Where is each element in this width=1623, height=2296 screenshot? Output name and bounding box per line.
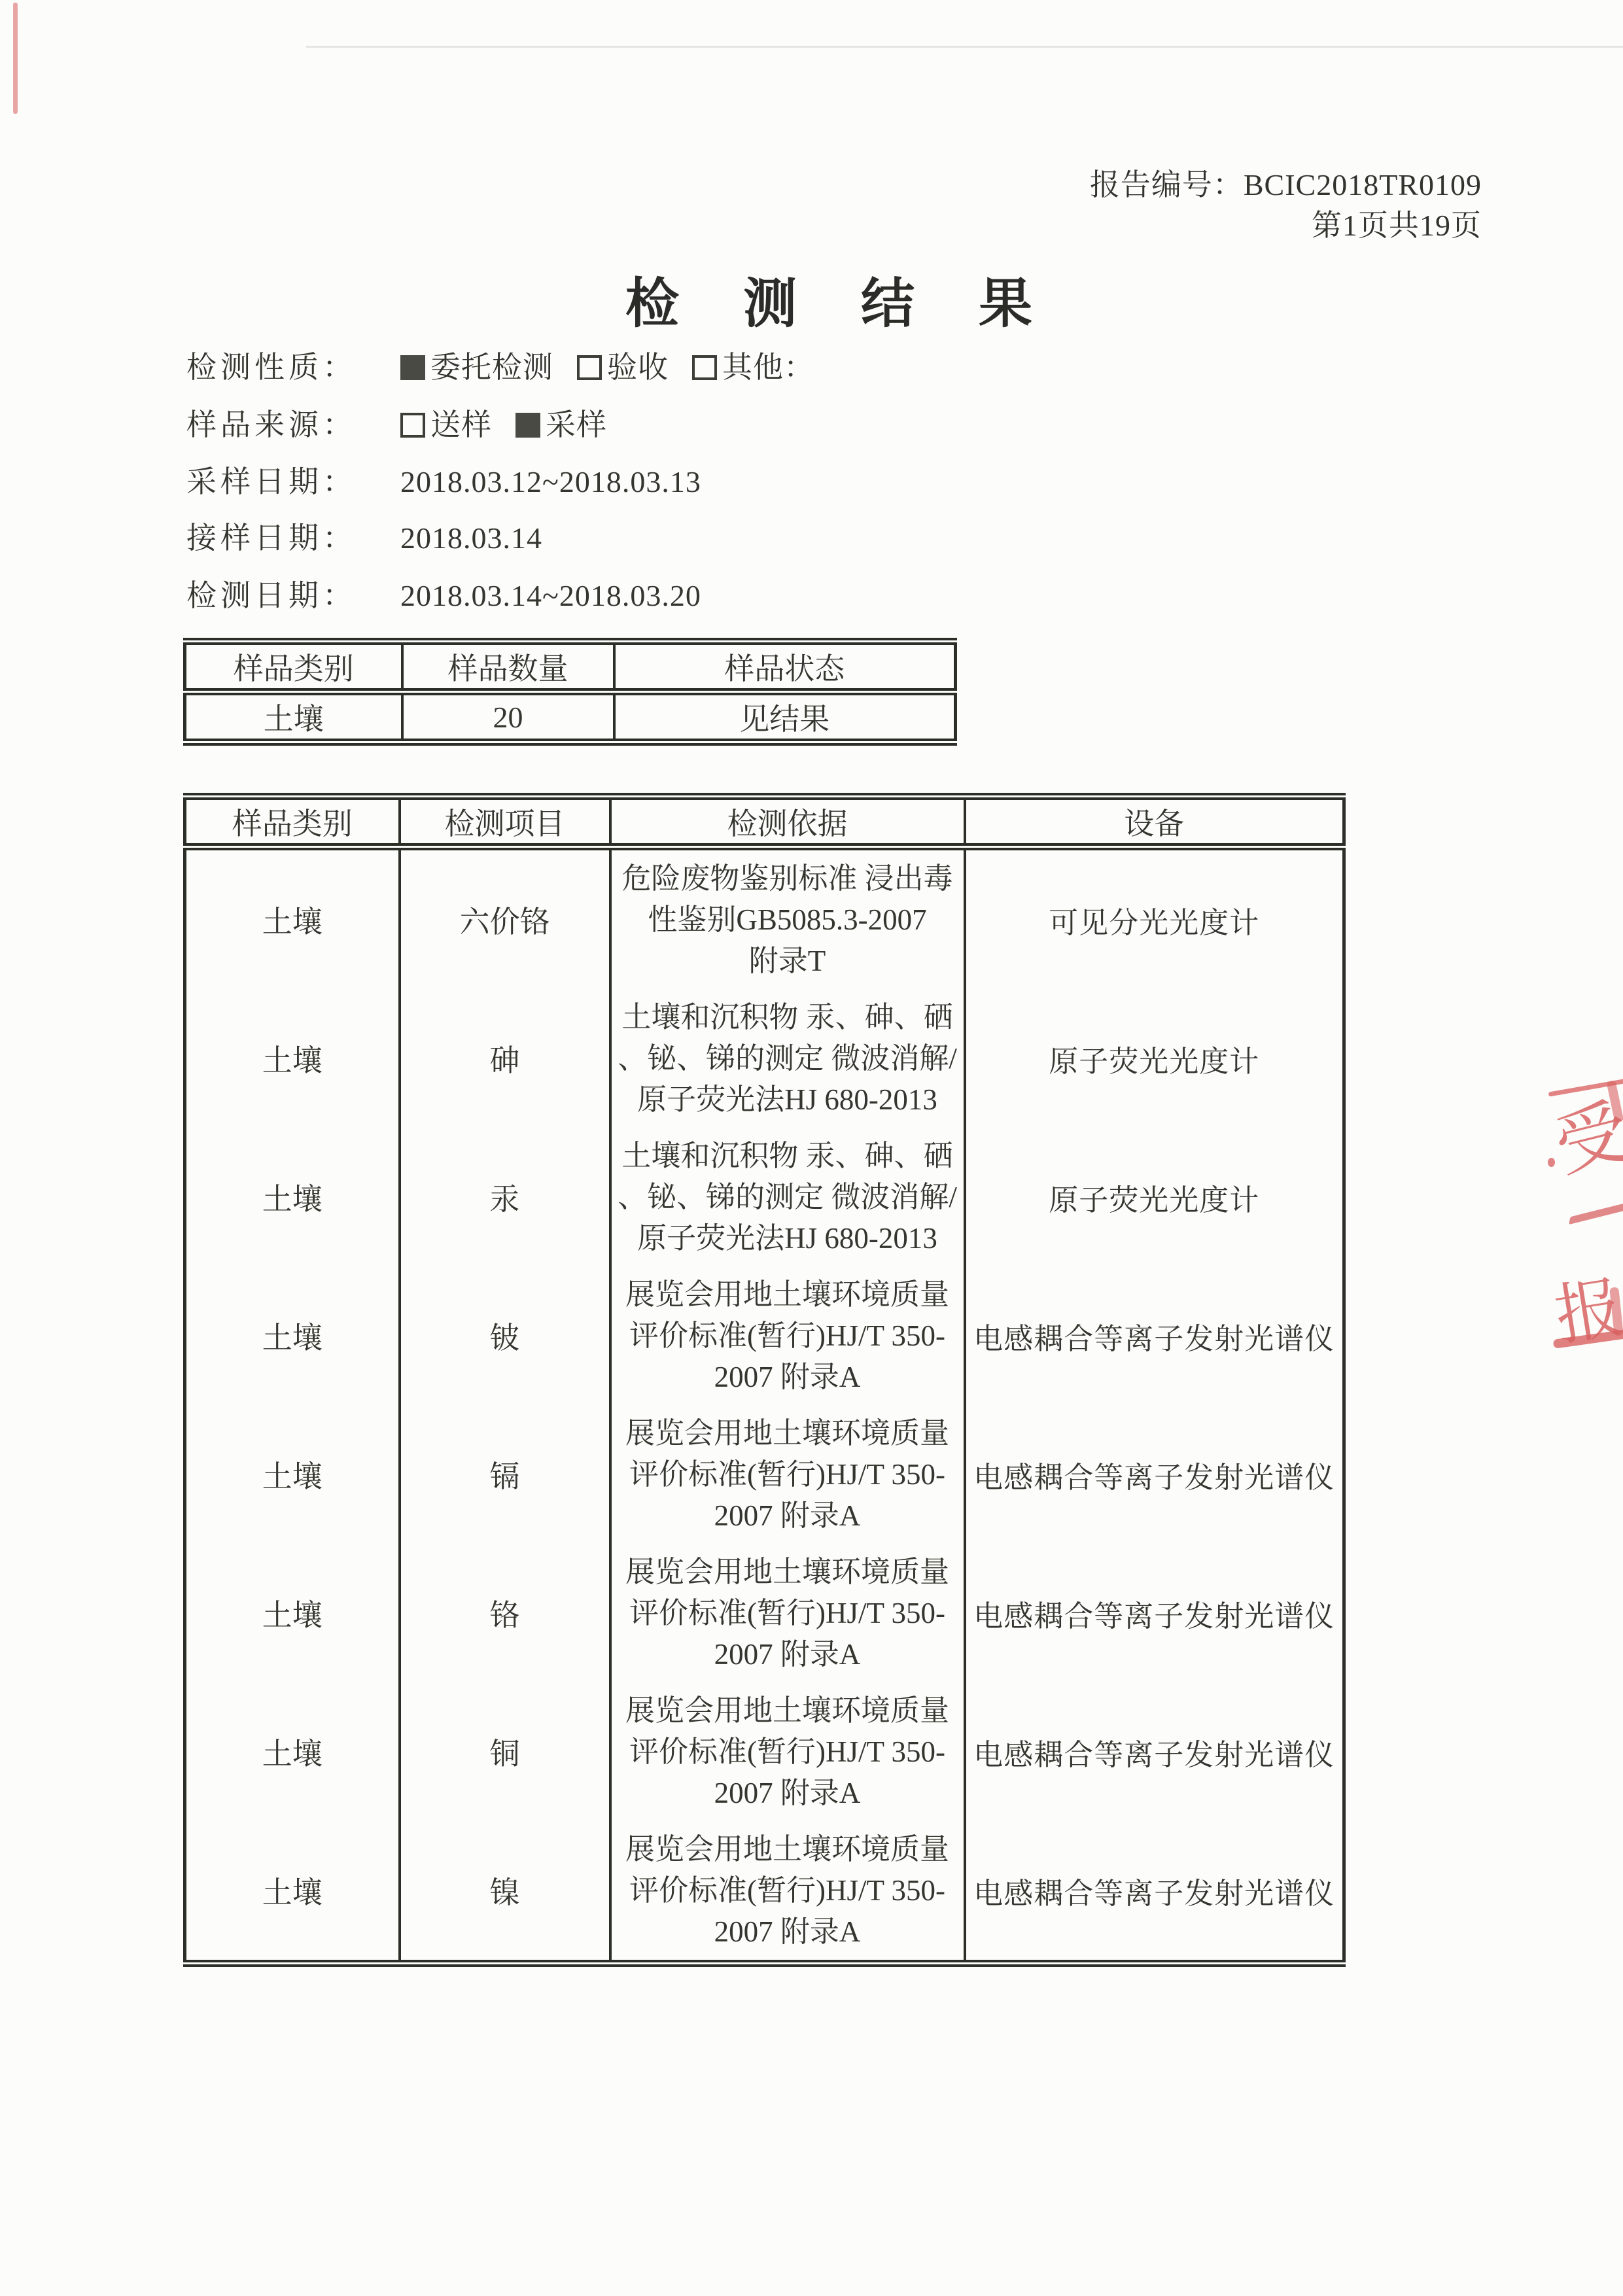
detail-row: 土壤 六价铬 危险废物鉴别标准 浸出毒 性鉴别GB5085.3-2007 附录T…: [185, 847, 1344, 990]
detail-cell-equipment: 电感耦合等离子发射光谱仪: [965, 1405, 1344, 1544]
field-value-sample-source: 送样 采样: [400, 404, 631, 449]
checkbox-sample-collected: [515, 413, 540, 438]
detail-cell-item: 铜: [400, 1682, 610, 1821]
detail-cell-equipment: 电感耦合等离子发射光谱仪: [965, 1682, 1344, 1821]
field-label-test-nature: 检测性质：: [186, 347, 357, 389]
summary-header-quantity: 样品数量: [402, 642, 614, 692]
scan-artifact-red-edge: [13, 3, 18, 114]
detail-header-item: 检测项目: [400, 797, 610, 847]
detail-row: 土壤 镉 展览会用地土壤环境质量 评价标准(暂行)HJ/T 350- 2007 …: [185, 1405, 1344, 1544]
detail-header-equipment: 设备: [965, 797, 1344, 847]
detail-cell-equipment: 可见分光光度计: [965, 847, 1344, 990]
detail-cell-basis: 展览会用地土壤环境质量 评价标准(暂行)HJ/T 350- 2007 附录A: [610, 1405, 965, 1544]
detail-cell-basis: 展览会用地土壤环境质量 评价标准(暂行)HJ/T 350- 2007 附录A: [610, 1544, 965, 1682]
detail-cell-equipment: 原子荧光光度计: [965, 989, 1344, 1128]
detail-cell-basis: 展览会用地土壤环境质量 评价标准(暂行)HJ/T 350- 2007 附录A: [610, 1821, 965, 1964]
checkbox-label-acceptance: 验收: [607, 347, 669, 389]
detail-row: 土壤 汞 土壤和沉积物 汞、砷、硒 、铋、锑的测定 微波消解/ 原子荧光法HJ …: [185, 1128, 1344, 1266]
field-value-test-date: 2018.03.14~2018.03.20: [400, 575, 701, 617]
detail-row: 土壤 砷 土壤和沉积物 汞、砷、硒 、铋、锑的测定 微波消解/ 原子荧光法HJ …: [185, 989, 1344, 1128]
detail-header-category: 样品类别: [185, 797, 400, 847]
sample-summary-table: 样品类别 样品数量 样品状态 土壤 20 见结果: [183, 638, 957, 746]
test-detail-table: 样品类别 检测项目 检测依据 设备 土壤 六价铬 危险废物鉴别标准 浸出毒 性鉴…: [183, 793, 1346, 1967]
detail-cell-equipment: 原子荧光光度计: [965, 1128, 1344, 1266]
field-value-sampling-date: 2018.03.12~2018.03.13: [400, 461, 701, 503]
detail-row: 土壤 镍 展览会用地土壤环境质量 评价标准(暂行)HJ/T 350- 2007 …: [185, 1821, 1344, 1964]
detail-cell-equipment: 电感耦合等离子发射光谱仪: [965, 1544, 1344, 1682]
field-label-test-date: 检测日期：: [186, 575, 357, 617]
stamp-dot: [1548, 1158, 1555, 1167]
detail-row: 土壤 铬 展览会用地土壤环境质量 评价标准(暂行)HJ/T 350- 2007 …: [185, 1544, 1344, 1682]
stamp-stroke-middle: [1569, 1203, 1623, 1225]
option-sample-delivered: 送样: [400, 404, 492, 446]
scanned-report-page: 报告编号：BCIC2018TR0109 第1页共19页 检测结果 检测性质： 委…: [0, 0, 1623, 2296]
field-test-nature: 检测性质： 委托检测 验收 其他：: [0, 347, 1623, 389]
page-indicator: 第1页共19页: [1090, 205, 1482, 246]
detail-cell-category: 土壤: [185, 1266, 400, 1405]
checkbox-entrusted-test: [400, 355, 425, 380]
summary-cell-category: 土壤: [185, 692, 402, 742]
detail-header-row: 样品类别 检测项目 检测依据 设备: [185, 797, 1344, 847]
detail-cell-item: 汞: [400, 1128, 610, 1266]
detail-cell-item: 铍: [400, 1266, 610, 1405]
detail-cell-category: 土壤: [185, 1544, 400, 1682]
summary-cell-state: 见结果: [614, 692, 956, 742]
field-test-date: 检测日期： 2018.03.14~2018.03.20: [0, 575, 1623, 617]
detail-cell-basis: 土壤和沉积物 汞、砷、硒 、铋、锑的测定 微波消解/ 原子荧光法HJ 680-2…: [610, 1128, 965, 1266]
checkbox-label-sample-delivered: 送样: [430, 404, 492, 446]
field-label-sampling-date: 采样日期：: [186, 461, 357, 503]
detail-row: 土壤 铜 展览会用地土壤环境质量 评价标准(暂行)HJ/T 350- 2007 …: [185, 1682, 1344, 1821]
checkbox-label-other: 其他：: [722, 347, 814, 389]
option-sample-collected: 采样: [515, 404, 607, 446]
field-value-receive-date: 2018.03.14: [400, 517, 542, 559]
detail-cell-equipment: 电感耦合等离子发射光谱仪: [965, 1821, 1344, 1964]
detail-cell-category: 土壤: [185, 1128, 400, 1266]
checkbox-acceptance: [577, 355, 602, 380]
detail-cell-category: 土壤: [185, 1821, 400, 1964]
option-acceptance: 验收: [577, 347, 669, 389]
detail-cell-equipment: 电感耦合等离子发射光谱仪: [965, 1266, 1344, 1405]
field-sampling-date: 采样日期： 2018.03.12~2018.03.13: [0, 461, 1623, 503]
checkbox-sample-delivered: [400, 413, 425, 438]
field-label-receive-date: 接样日期：: [186, 517, 357, 559]
detail-cell-item: 砷: [400, 989, 610, 1128]
field-receive-date: 接样日期： 2018.03.14: [0, 517, 1623, 559]
scan-artifact-line: [306, 46, 1623, 48]
report-number-value: BCIC2018TR0109: [1244, 168, 1482, 201]
detail-cell-basis: 展览会用地土壤环境质量 评价标准(暂行)HJ/T 350- 2007 附录A: [610, 1682, 965, 1821]
detail-row: 土壤 铍 展览会用地土壤环境质量 评价标准(暂行)HJ/T 350- 2007 …: [185, 1266, 1344, 1405]
report-number-line: 报告编号：BCIC2018TR0109: [1090, 165, 1482, 205]
detail-cell-basis: 展览会用地土壤环境质量 评价标准(暂行)HJ/T 350- 2007 附录A: [610, 1266, 965, 1405]
option-other: 其他：: [692, 347, 814, 389]
detail-cell-item: 镍: [400, 1821, 610, 1964]
report-meta: 报告编号：BCIC2018TR0109 第1页共19页: [1090, 165, 1482, 246]
detail-header-basis: 检测依据: [610, 797, 965, 847]
detail-cell-basis: 土壤和沉积物 汞、砷、硒 、铋、锑的测定 微波消解/ 原子荧光法HJ 680-2…: [610, 989, 965, 1128]
summary-header-row: 样品类别 样品数量 样品状态: [185, 642, 956, 692]
checkbox-label-sample-collected: 采样: [546, 404, 607, 446]
detail-cell-basis: 危险废物鉴别标准 浸出毒 性鉴别GB5085.3-2007 附录T: [610, 847, 965, 990]
page-title: 检测结果: [625, 275, 1096, 334]
checkbox-other: [692, 355, 717, 380]
report-number-label: 报告编号：: [1090, 168, 1244, 201]
detail-cell-category: 土壤: [185, 1405, 400, 1544]
field-sample-source: 样品来源： 送样 采样: [0, 404, 1623, 446]
detail-cell-category: 土壤: [185, 1682, 400, 1821]
detail-cell-item: 铬: [400, 1544, 610, 1682]
option-entrusted-test: 委托检测: [400, 347, 553, 389]
detail-cell-item: 六价铬: [400, 847, 610, 990]
summary-cell-quantity: 20: [402, 692, 614, 742]
summary-data-row: 土壤 20 见结果: [185, 692, 956, 742]
field-value-test-nature: 委托检测 验收 其他：: [400, 347, 838, 391]
detail-cell-category: 土壤: [185, 847, 400, 990]
detail-cell-item: 镉: [400, 1405, 610, 1544]
summary-header-category: 样品类别: [185, 642, 402, 692]
field-label-sample-source: 样品来源：: [186, 404, 357, 446]
summary-header-state: 样品状态: [614, 642, 956, 692]
checkbox-label-entrusted-test: 委托检测: [430, 347, 553, 389]
detail-cell-category: 土壤: [185, 989, 400, 1128]
